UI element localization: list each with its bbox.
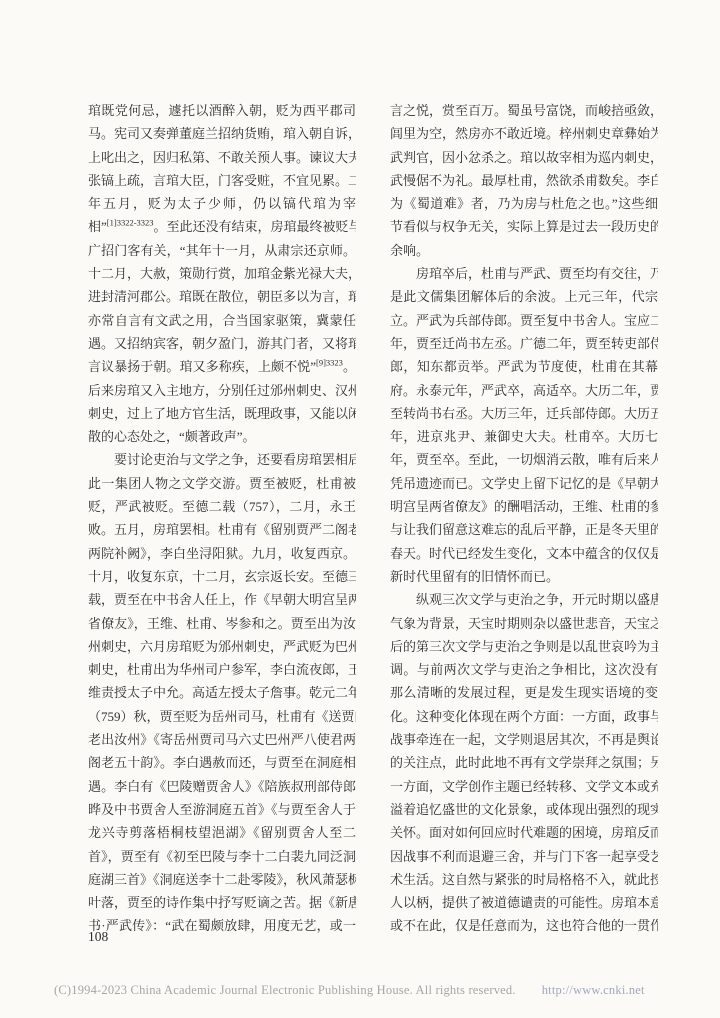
text-line: 战事牵连在一起，文学则退居其次，不再是舆论 [390,728,658,751]
text-line: 为《蜀道难》者，乃为房与杜危之也。”这些细 [390,192,658,215]
citation-superscript: [1]3322-3323 [107,218,154,228]
text-line: 调。与前两次文学与吏治之争相比，这次没有 [390,658,658,681]
text-line: 人以柄，提供了被道德谴责的可能性。房琯本意 [390,891,658,914]
text-line: 刺史，过上了地方官生活，既理政事，又能以闲 [88,402,356,425]
text-line: 立。严武为兵部侍郎。贾至复中书舍人。宝应二 [390,309,658,332]
text-line: 术生活。这自然与紧张的时局格格不入，就此授 [390,868,658,891]
text-line: 气象为背景，天宝时期则杂以盛世悲音，天宝之 [390,612,658,635]
text-line: 上叱出之，因归私第、不敢关预人事。谏议大夫 [88,146,356,169]
text-line: 府。永泰元年，严武卒，高适卒。大历二年，贾 [390,379,658,402]
text-line: 两院补阙》，李白坐浔阳狱。九月，收复西京。 [88,542,356,565]
text-line: 后的第三次文学与吏治之争则是以乱世哀吟为主 [390,635,658,658]
text-line: 溢着追忆盛世的文化景象，或体现出强烈的现实 [390,798,658,821]
text-line: （759）秋，贾至贬为岳州司马，杜甫有《送贾阁 [88,705,356,728]
text-line: 的关注点，此时此地不再有文学崇拜之氛围；另 [390,751,658,774]
text-line: 言之悦，赏至百万。蜀虽号富饶，而峻掊亟敛， [390,99,658,122]
citation-superscript: [9]3323 [316,358,343,368]
text-line: 余响。 [390,239,658,262]
text-segment: 相” [88,219,107,234]
copyright-text: (C)1994-2023 China Academic Journal Elec… [54,983,516,997]
text-line: 凭吊遗迹而已。文学史上留下记忆的是《早朝大 [390,472,658,495]
text-line: 要讨论吏治与文学之争，还要看房琯罢相后 [88,448,356,471]
footer-watermark: (C)1994-2023 China Academic Journal Elec… [54,983,645,998]
text-line: 叶落，贾至的诗作集中抒写贬谪之苦。据《新唐 [88,891,356,914]
cnki-url: http://www.cnki.net [542,983,645,997]
text-line: 武慢倨不为礼。最厚杜甫，然欲杀甫数矣。李白 [390,169,658,192]
text-line: 琯既党何忌，遽托以酒醉入朝，贬为西平郡司 [88,99,356,122]
text-line: 贬，严武被贬。至德二载（757），二月，永王 [88,495,356,518]
text-line: 龙兴寺剪落梧桐枝望浥湖》《留别贾舍人至二 [88,821,356,844]
text-line: 阁老五十韵》。李白遇赦而还，与贾至在洞庭相 [88,751,356,774]
text-line: 一方面，文学创作主题已经转移、文学文本或充 [390,775,658,798]
text-line: 省僚友》，王维、杜甫、岑参和之。贾至出为汝 [88,612,356,635]
text-segment: 。 [343,359,356,374]
text-line: 马。宪司又奏弹董庭兰招纳货贿，琯入朝自诉， [88,122,356,145]
text-line: 郎，知东都贡举。严武为节度使，杜甫在其幕 [390,355,658,378]
text-line: 此一集团人物之文学交游。贾至被贬，杜甫被 [88,472,356,495]
text-line: 庭湖三首》《洞庭送李十二赴零陵》，秋风萧瑟枫 [88,868,356,891]
text-line: 张镐上疏，言琯大臣，门客受赃，不宜见累。二 [88,169,356,192]
text-line: 遇。又招纳宾客，朝夕盈门，游其门者，又将琯 [88,332,356,355]
text-line: 因战事不利而退避三舍，并与门下客一起享受艺 [390,845,658,868]
text-line: 年，贾至卒。至此，一切烟消云散，唯有后来人 [390,448,658,471]
text-line: 首》，贾至有《初至巴陵与李十二白裴九同泛洞 [88,845,356,868]
text-line: 十月，收复东京，十二月，玄宗返长安。至德三 [88,565,356,588]
text-line: 那么清晰的发展过程，更是发生现实语境的变 [390,681,658,704]
text-segment: 言议暴扬于朝。琯又多称疾，上颇不悦” [88,359,316,374]
text-line: 关怀。面对如何回应时代难题的困境，房琯反而 [390,821,658,844]
text-line: 年五月，贬为太子少师，仍以镐代琯为宰 [88,192,356,215]
text-line: 或不在此，仅是任意而为，这也符合他的一贯作 [390,914,658,937]
text-line: 武判官，因小忿杀之。琯以故宰相为巡内刺史， [390,146,658,169]
text-line: 后来房琯又入主地方，分别任过邠州刺史、汉州 [88,379,356,402]
text-line: 至转尚书右丞。大历三年，迁兵部侍郎。大历五 [390,402,658,425]
text-line: 节看似与权争无关，实际上算是过去一段历史的 [390,215,658,238]
text-line: 纵观三次文学与吏治之争，开元时期以盛唐 [390,588,658,611]
text-line: 化。这种变化体现在两个方面：一方面，政事与 [390,705,658,728]
text-line: 相”[1]3322-3323。至此还没有结束，房琯最终被贬与 [88,215,356,238]
text-line: 败。五月，房琯罢相。杜甫有《留别贾严二阁老 [88,518,356,541]
text-line: 是此文儒集团解体后的余波。上元三年，代宗 [390,285,658,308]
text-line: 新时代里留有的旧情怀而已。 [390,565,658,588]
text-line: 散的心态处之，“颇著政声”。 [88,425,356,448]
journal-page: 琯既党何忌，遽托以酒醉入朝，贬为西平郡司马。宪司又奏弹董庭兰招纳货贿，琯入朝自诉… [0,0,720,1018]
text-line: 刺史，杜甫出为华州司户参军，李白流夜郎，王 [88,658,356,681]
text-line: 闾里为空，然房亦不敢近境。梓州刺史章彝始为 [390,122,658,145]
text-line: 年，进京兆尹、兼御史大夫。杜甫卒。大历七 [390,425,658,448]
text-line: 十二月，大赦，策勋行赏，加琯金紫光禄大夫， [88,262,356,285]
text-line: 年，贾至迁尚书左丞。广德二年，贾至转吏部侍 [390,332,658,355]
text-line: 老出汝州》《寄岳州贾司马六丈巴州严八使君两 [88,728,356,751]
text-line: 遇。李白有《巴陵赠贾舍人》《陪族叔刑部侍郎 [88,775,356,798]
text-line: 载，贾至在中书舍人任上，作《早朝大明宫呈两 [88,588,356,611]
text-line: 房琯卒后，杜甫与严武、贾至均有交往，乃 [390,262,658,285]
text-segment: 。至此还没有结束，房琯最终被贬与 [154,219,356,234]
text-line: 春天。时代已经发生变化，文本中蕴含的仅仅是 [390,542,658,565]
left-column: 琯既党何忌，遽托以酒醉入朝，贬为西平郡司马。宪司又奏弹董庭兰招纳货贿，琯入朝自诉… [88,99,356,938]
text-line: 进封清河郡公。琯既在散位，朝臣多以为言，琯 [88,285,356,308]
text-line: 明宫呈两省僚友》的酬唱活动，王维、杜甫的参 [390,495,658,518]
right-column: 言之悦，赏至百万。蜀虽号富饶，而峻掊亟敛，闾里为空，然房亦不敢近境。梓州刺史章彝… [390,99,658,938]
text-line: 州刺史，六月房琯贬为邠州刺史，严武贬为巴州 [88,635,356,658]
page-number: 108 [88,929,108,945]
text-line: 与让我们留意这难忘的乱后平静，正是冬天里的 [390,518,658,541]
text-line: 亦常自言有文武之用，合当国家驱策，冀蒙任 [88,309,356,332]
text-line: 言议暴扬于朝。琯又多称疾，上颇不悦”[9]3323。 [88,355,356,378]
text-line: 书·严武传》：“武在蜀颇放肆，用度无艺，或一 [88,914,356,937]
text-line: 广招门客有关，“其年十一月，从肃宗还京师。 [88,239,356,262]
text-line: 维责授太子中允。高适左授太子詹事。乾元二年 [88,681,356,704]
text-line: 晔及中书贾舍人至游洞庭五首》《与贾至舍人于 [88,798,356,821]
